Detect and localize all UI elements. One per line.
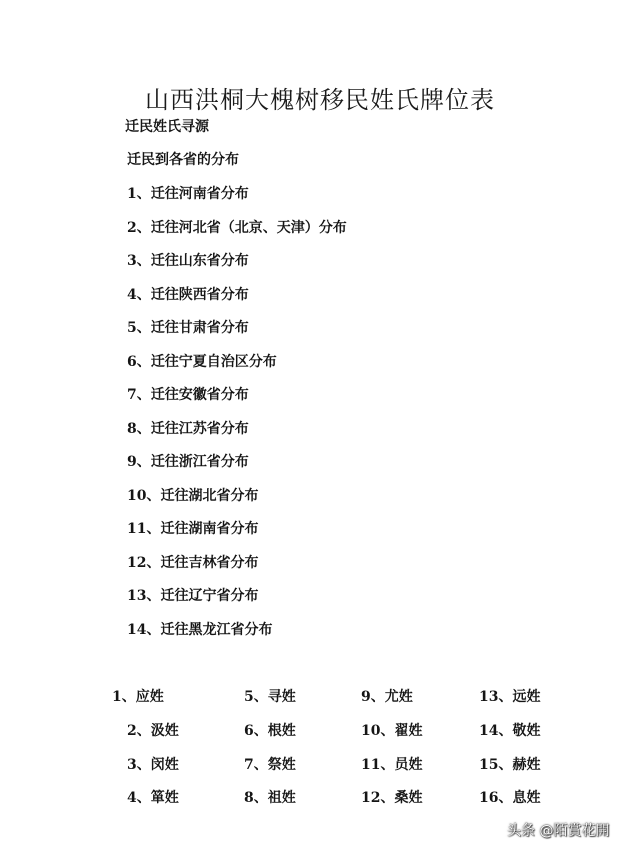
surname-item: 2、汲姓: [127, 722, 179, 740]
list-item: 7、迁往安徽省分布: [127, 386, 249, 404]
list-item: 11、迁往湖南省分布: [127, 520, 258, 538]
surname-item: 14、敬姓: [479, 722, 540, 740]
surname-item: 7、祭姓: [244, 756, 296, 774]
surname-item: 6、根姓: [244, 722, 296, 740]
surname-item: 3、闵姓: [127, 756, 179, 774]
surname-item: 13、远姓: [479, 688, 540, 706]
list-item: 6、迁往宁夏自治区分布: [127, 353, 277, 371]
list-item: 12、迁往吉林省分布: [127, 554, 258, 572]
surname-item: 5、寻姓: [244, 688, 296, 706]
list-item: 2、迁往河北省（北京、天津）分布: [127, 219, 347, 237]
surname-item: 16、息姓: [479, 789, 540, 807]
list-item: 5、迁往甘肃省分布: [127, 319, 249, 337]
list-item: 14、迁往黑龙江省分布: [127, 621, 272, 639]
surname-item: 8、祖姓: [244, 789, 296, 807]
watermark: 头条 @陌賞花開: [507, 820, 609, 840]
list-item: 13、迁往辽宁省分布: [127, 587, 258, 605]
surname-item: 9、尤姓: [361, 688, 413, 706]
section-heading-origin: 迁民姓氏寻源: [125, 118, 209, 136]
list-item: 9、迁往浙江省分布: [127, 453, 249, 471]
surname-item: 4、箪姓: [127, 789, 179, 807]
surname-item: 12、桑姓: [361, 789, 422, 807]
surname-item: 11、员姓: [361, 756, 422, 774]
section-heading-distribution: 迁民到各省的分布: [127, 151, 239, 169]
list-item: 3、迁往山东省分布: [127, 252, 249, 270]
list-item: 8、迁往江苏省分布: [127, 420, 249, 438]
list-item: 1、迁往河南省分布: [127, 185, 249, 203]
page-title: 山西洪桐大槐树移民姓氏牌位表: [0, 80, 640, 115]
list-item: 4、迁往陕西省分布: [127, 286, 249, 304]
surname-item: 15、赫姓: [479, 756, 540, 774]
surname-item: 1、应姓: [112, 688, 164, 706]
surname-item: 10、翟姓: [361, 722, 422, 740]
list-item: 10、迁往湖北省分布: [127, 487, 258, 505]
